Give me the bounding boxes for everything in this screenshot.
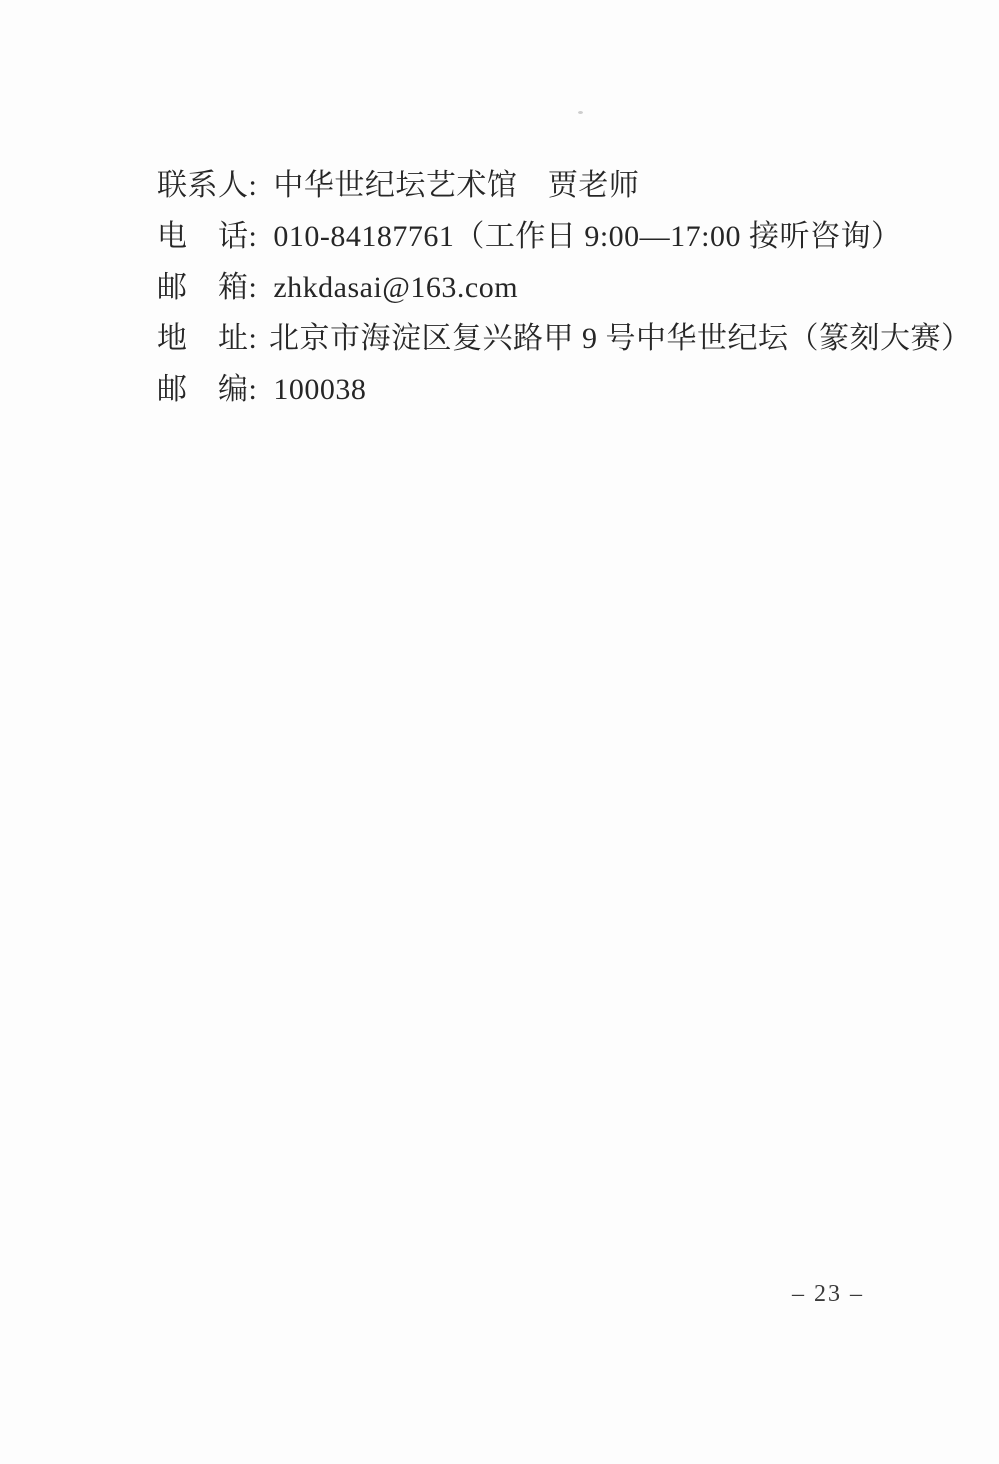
contact-line-phone: 电 话: 010-84187761（工作日 9:00—17:00 接听咨询） (157, 211, 937, 262)
contact-label-address: 地 址: (157, 313, 253, 357)
contact-value-zipcode: 100038 (273, 373, 366, 407)
contact-line-email: 邮 箱: zhkdasai@163.com (157, 262, 937, 313)
contact-line-address: 地 址: 北京市海淀区复兴路甲 9 号中华世纪坛（篆刻大赛） (157, 313, 937, 364)
contact-line-zipcode: 邮 编: 100038 (157, 364, 937, 415)
contact-line-person: 联系人: 中华世纪坛艺术馆 贾老师 (157, 160, 937, 211)
contact-label-email: 邮 箱: (157, 262, 257, 306)
contact-info-block: 联系人: 中华世纪坛艺术馆 贾老师 电 话: 010-84187761（工作日 … (157, 160, 937, 415)
contact-label-phone: 电 话: (157, 211, 257, 255)
contact-label-person: 联系人: (157, 160, 257, 204)
contact-value-person: 中华世纪坛艺术馆 贾老师 (273, 160, 639, 204)
document-page: 联系人: 中华世纪坛艺术馆 贾老师 电 话: 010-84187761（工作日 … (0, 0, 999, 1464)
contact-label-zipcode: 邮 编: (157, 364, 257, 408)
page-number: – 23 – (792, 1281, 864, 1308)
scan-artifact-speck (578, 111, 583, 114)
contact-value-phone: 010-84187761（工作日 9:00—17:00 接听咨询） (273, 211, 901, 255)
contact-value-address: 北京市海淀区复兴路甲 9 号中华世纪坛（篆刻大赛） (269, 313, 972, 357)
contact-value-email: zhkdasai@163.com (273, 271, 518, 305)
